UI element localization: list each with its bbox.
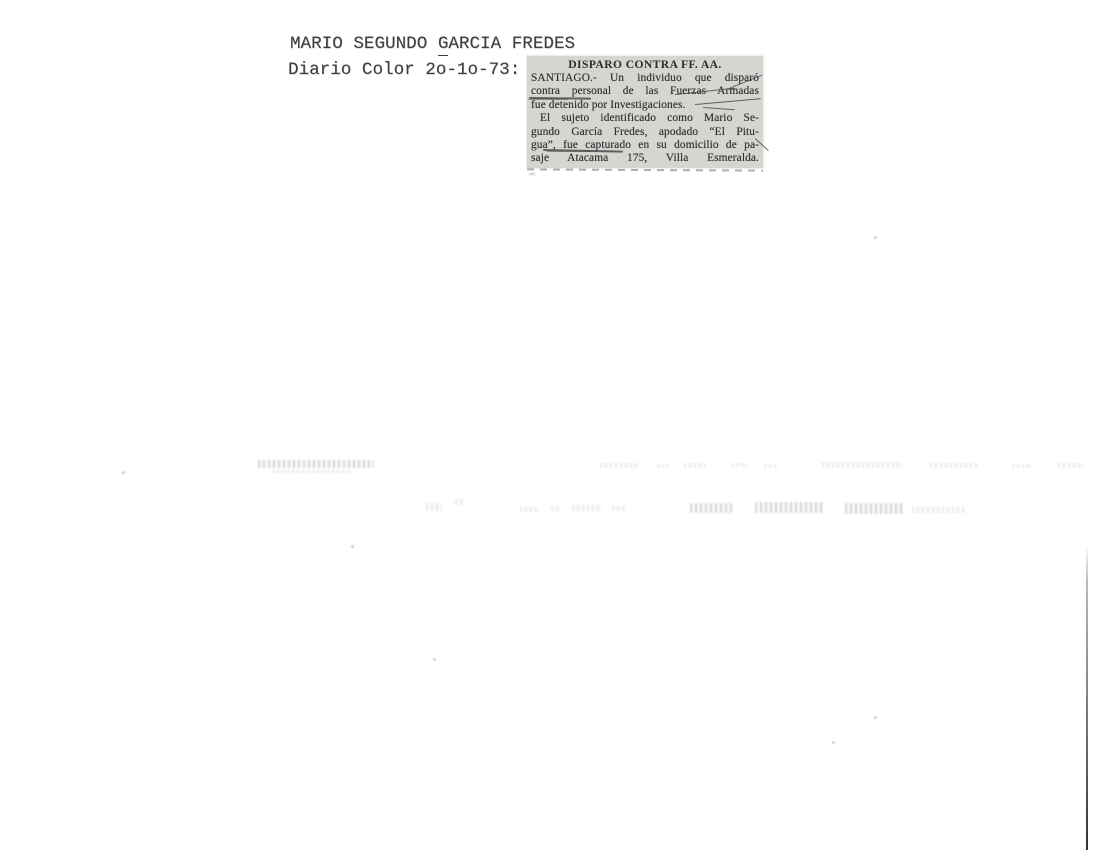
paper-speck	[874, 236, 877, 239]
clipping-line: SANTIAGO.- Un individuo que disparó	[531, 72, 759, 85]
subject-name-underlined-char: G	[438, 34, 449, 56]
bleedthrough-smudge	[684, 463, 706, 468]
bleedthrough-smudge	[657, 464, 669, 468]
bleedthrough-smudge	[764, 464, 778, 468]
bleedthrough-smudge	[520, 507, 538, 512]
bleedthrough-smudge	[1012, 464, 1032, 468]
source-date-line: Diario Color 2o-1o-73:	[288, 60, 520, 80]
bleedthrough-smudge	[930, 463, 978, 468]
bleedthrough-smudge	[258, 460, 374, 468]
scanned-document-page: MARIO SEGUNDO GARCIA FREDES Diario Color…	[0, 0, 1100, 850]
subject-name-line: MARIO SEGUNDO GARCIA FREDES	[290, 34, 575, 54]
bleedthrough-smudge	[1058, 463, 1084, 468]
bleedthrough-smudge	[845, 503, 903, 514]
subject-name-part1: MARIO SEGUNDO	[290, 34, 438, 54]
pen-underline-fue-capturado	[547, 151, 591, 152]
bleedthrough-smudge	[822, 462, 902, 468]
bleedthrough-smudge	[690, 503, 732, 513]
scan-edge-line	[1086, 545, 1088, 850]
bleedthrough-smudge	[426, 503, 442, 511]
paper-speck	[874, 716, 877, 719]
paper-speck	[122, 471, 125, 474]
bleedthrough-smudge	[731, 463, 747, 467]
paper-speck	[832, 741, 835, 744]
bleedthrough-smudge	[455, 499, 465, 505]
bleedthrough-smudge	[912, 507, 966, 513]
pen-underline-santiago	[528, 99, 568, 100]
bleedthrough-smudge	[551, 506, 561, 511]
newspaper-clipping: DISPARO CONTRA FF. AA. SANTIAGO.- Un ind…	[527, 56, 763, 168]
clipping-line: El sujeto identificado como Mario Se-	[531, 112, 759, 125]
clipping-line: saje Atacama 175, Villa Esmeralda.	[531, 152, 759, 165]
clipping-torn-edge	[527, 168, 763, 171]
bleedthrough-smudge	[612, 506, 626, 511]
clipping-line: gundo García Fredes, apodado “El Pitu-	[531, 126, 759, 139]
paper-speck	[433, 658, 436, 661]
paper-speck	[529, 173, 535, 175]
bleedthrough-smudge	[572, 505, 602, 511]
clipping-headline: DISPARO CONTRA FF. AA.	[531, 58, 759, 72]
bleedthrough-smudge	[600, 463, 638, 468]
subject-name-part2: ARCIA FREDES	[448, 34, 575, 54]
bleedthrough-smudge	[755, 502, 823, 513]
paper-speck	[351, 545, 354, 548]
bleedthrough-smudge	[272, 470, 352, 473]
